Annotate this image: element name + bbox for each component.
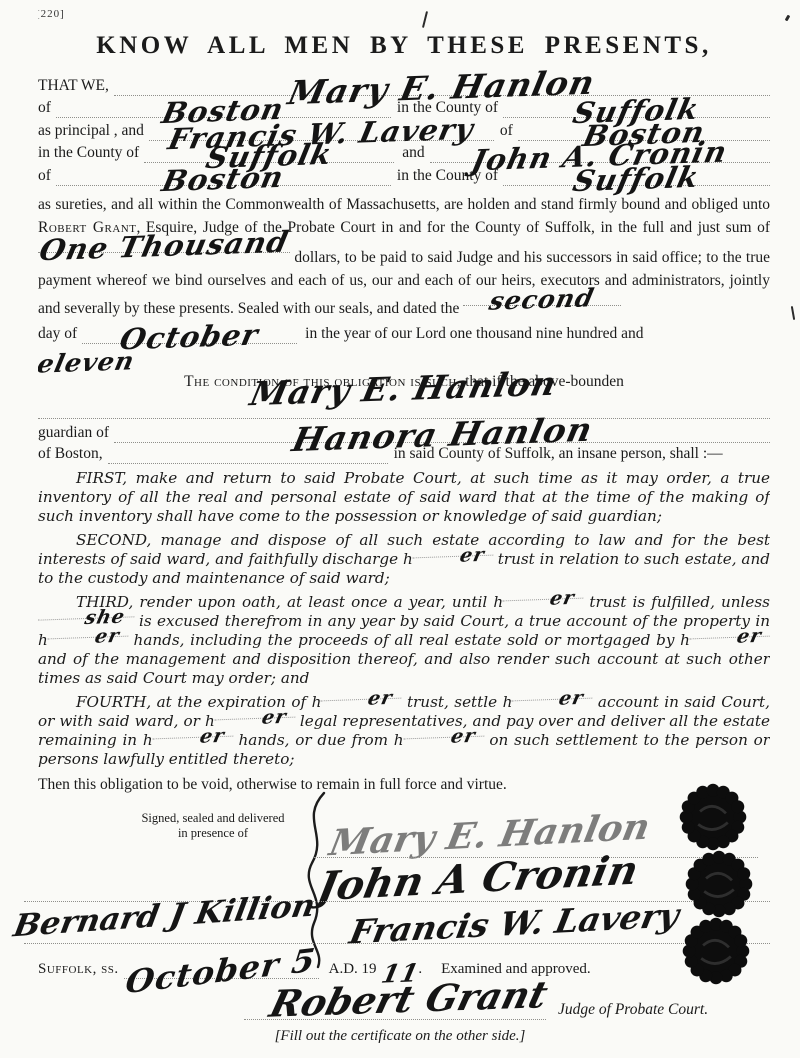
suffolk-ss-label: Suffolk, ss. bbox=[38, 961, 124, 979]
witness-signature: Bernard J Killion bbox=[11, 891, 317, 943]
that-we-label: THAT WE, bbox=[38, 77, 114, 96]
handwritten-er: er bbox=[403, 736, 484, 740]
blank-surety2-name: John A. Cronin bbox=[430, 145, 770, 163]
footer-note: [Fill out the certificate on the other s… bbox=[0, 1028, 800, 1045]
ad-label: A.D. 19 bbox=[319, 961, 382, 979]
dollars-label: dollars, bbox=[294, 249, 340, 266]
handwritten-principal-city: Boston bbox=[163, 109, 284, 113]
clause-first: FIRST, make and return to said Probate C… bbox=[38, 469, 770, 526]
handwritten-surety2-county: Suffolk bbox=[574, 176, 699, 180]
blank-sum: One Thousand bbox=[38, 240, 290, 253]
void-clause: Then this obligation to be void, otherwi… bbox=[38, 776, 770, 794]
wax-seal-icon bbox=[676, 780, 750, 854]
blank-month: October bbox=[82, 326, 297, 344]
clause-fourth-text: trust, settle h bbox=[401, 693, 512, 711]
approval-row: Suffolk, ss. October 5 A.D. 19 11 . Exam… bbox=[38, 957, 770, 979]
presence-label: Signed, sealed and delivered in presence… bbox=[118, 811, 308, 841]
probate-bond-document: [220] KNOW ALL MEN BY THESE PRESENTS, TH… bbox=[0, 0, 800, 1058]
blank-ward-name: Hanora Hanlon bbox=[114, 425, 770, 443]
handwritten-sum: One Thousand bbox=[40, 241, 288, 250]
presence-line2: in presence of bbox=[118, 826, 308, 841]
handwritten-day: second bbox=[490, 298, 594, 302]
handwritten-principal-name: Mary E. Hanlon bbox=[289, 82, 595, 93]
blank-day: second bbox=[463, 293, 621, 306]
handwritten-surety2-city: Boston bbox=[163, 176, 284, 180]
of-label: of bbox=[38, 167, 56, 186]
judge-signature: Robert Grant bbox=[266, 976, 551, 1023]
handwritten-year: eleven bbox=[38, 361, 134, 364]
of-label: of bbox=[38, 99, 56, 118]
clause-third-text: trust is fulfilled, unless bbox=[583, 593, 770, 611]
document-body: [220] KNOW ALL MEN BY THESE PRESENTS, TH… bbox=[38, 0, 770, 795]
handwritten-er: er bbox=[512, 698, 593, 702]
handwritten-surety2-name: John A. Cronin bbox=[472, 152, 727, 161]
bond-text: as sureties, and all within the Commonwe… bbox=[38, 196, 770, 213]
of-label: of bbox=[494, 122, 518, 141]
clause-first-text: FIRST, make and return to said Probate C… bbox=[38, 469, 770, 525]
signature-line bbox=[24, 943, 770, 944]
handwritten-ad-year: 11 bbox=[381, 973, 418, 974]
wax-seal-icon bbox=[682, 847, 756, 921]
form-line-date: day of October in the year of our Lord o… bbox=[38, 320, 770, 344]
clause-third-text: THIRD, render upon oath, at least once a… bbox=[76, 593, 503, 611]
blank-bounden-name: Mary E. Hanlon bbox=[38, 394, 770, 419]
form-line-guardian: guardian of Hanora Hanlon bbox=[38, 419, 770, 443]
presence-line1: Signed, sealed and delivered bbox=[118, 811, 308, 826]
clause-fourth-text: hands, or due from h bbox=[233, 731, 404, 749]
clause-third: THIRD, render upon oath, at least once a… bbox=[38, 593, 770, 688]
handwritten-er: er bbox=[412, 555, 493, 559]
clause-second: SECOND, manage and dispose of all such e… bbox=[38, 531, 770, 588]
blank-surety2-city: Boston bbox=[56, 168, 391, 186]
clause-third-text: hands, including the proceeds of all rea… bbox=[128, 631, 690, 649]
handwritten-principal-county: Suffolk bbox=[574, 109, 699, 113]
handwritten-surety1-city: Boston bbox=[583, 131, 704, 135]
handwritten-er: er bbox=[503, 598, 584, 602]
handwritten-approval-date: October 5 bbox=[126, 960, 316, 983]
handwritten-er: er bbox=[47, 636, 128, 640]
guardian-of-label: guardian of bbox=[38, 424, 114, 443]
as-principal-label: as principal , and bbox=[38, 122, 149, 141]
bond-paragraph: as sureties, and all within the Commonwe… bbox=[38, 193, 770, 321]
form-line-that-we: THAT WE, Mary E. Hanlon bbox=[38, 73, 770, 96]
clause-third-text: and of the management and disposition th… bbox=[38, 650, 770, 687]
of-boston-label: of Boston, bbox=[38, 445, 108, 464]
handwritten-month: October bbox=[121, 335, 259, 340]
judge-signature-line bbox=[244, 1019, 546, 1020]
handwritten-er: er bbox=[321, 698, 402, 702]
county-of-label: in the County of bbox=[38, 144, 144, 163]
document-title: KNOW ALL MEN BY THESE PRESENTS, bbox=[38, 32, 770, 60]
handwritten-she: she bbox=[38, 616, 134, 620]
handwritten-er: er bbox=[152, 736, 233, 740]
handwritten-surety1-county: Suffolk bbox=[206, 154, 331, 158]
handwritten-er: er bbox=[214, 717, 295, 721]
judge-title: Judge of Probate Court. bbox=[558, 1001, 708, 1019]
stray-ink-mark bbox=[791, 306, 795, 320]
form-line-surety2-residence: of Boston in the County of Suffolk bbox=[38, 163, 770, 186]
handwritten-bounden-name: Mary E. Hanlon bbox=[251, 384, 557, 395]
clause-fourth: FOURTH, at the expiration of her trust, … bbox=[38, 693, 770, 769]
blank-approval-date: October 5 bbox=[124, 961, 319, 979]
stray-ink-mark bbox=[785, 15, 791, 22]
day-of-label: day of bbox=[38, 325, 82, 344]
signature-surety1: Francis W. Lavery bbox=[347, 899, 682, 949]
signature-section: Signed, sealed and delivered in presence… bbox=[0, 795, 800, 1058]
handwritten-er: er bbox=[689, 636, 770, 640]
handwritten-ward-name: Hanora Hanlon bbox=[292, 430, 591, 440]
form-number: [220] bbox=[38, 8, 65, 20]
year-text: in the year of our Lord one thousand nin… bbox=[297, 325, 648, 344]
